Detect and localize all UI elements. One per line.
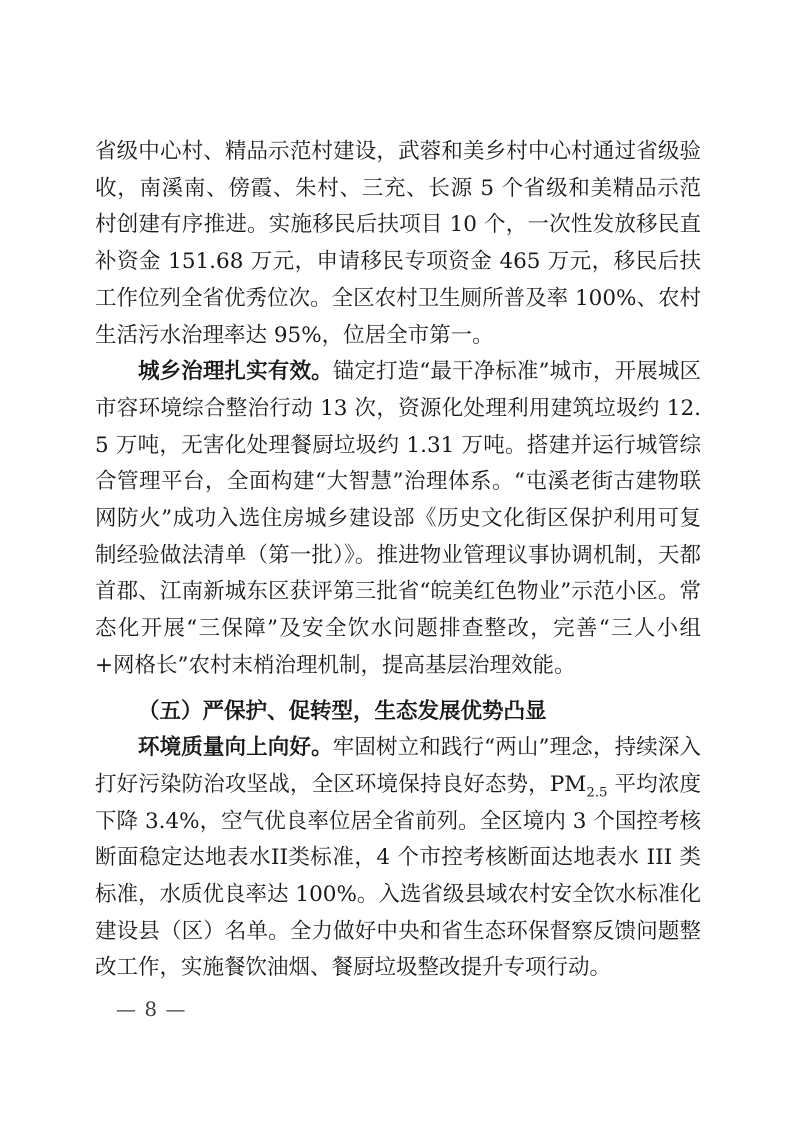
pm-subscript: 2.5	[586, 785, 607, 800]
paragraph-rural-revitalization-continuation: 省级中心村、精品示范村建设，武蓉和美乡村中心村通过省级验收，南溪南、傍霞、朱村、…	[95, 134, 701, 354]
paragraph-text-urban-governance: 锚定打造“最干净标准”城市，开展城区市容环境综合整治行动 13 次，资源化处理利…	[95, 359, 701, 678]
paragraph-urban-rural-governance: 城乡治理扎实有效。锚定打造“最干净标准”城市，开展城区市容环境综合整治行动 13…	[95, 354, 701, 684]
text-block: 省级中心村、精品示范村建设，武蓉和美乡村中心村通过省级验收，南溪南、傍霞、朱村、…	[95, 134, 701, 987]
paragraph-environment-quality: 环境质量向上向好。牢固树立和践行“两山”理念，持续深入打好污染防治攻坚战，全区环…	[95, 730, 701, 987]
pm-label: PM	[550, 772, 586, 797]
paragraph-text-environment-after-pm: 平均浓度下降 3.4%，空气优良率位居全省前列。全区境内 3 个国控考核断面稳定…	[95, 772, 701, 981]
document-page: 省级中心村、精品示范村建设，武蓉和美乡村中心村通过省级验收，南溪南、傍霞、朱村、…	[0, 0, 794, 1122]
section-heading-five: （五）严保护、促转型，生态发展优势凸显	[95, 694, 701, 731]
page-number: — 8 —	[116, 997, 186, 1021]
paragraph-lead-urban-governance: 城乡治理扎实有效。	[138, 359, 333, 384]
paragraph-lead-environment: 环境质量向上向好。	[138, 735, 333, 760]
